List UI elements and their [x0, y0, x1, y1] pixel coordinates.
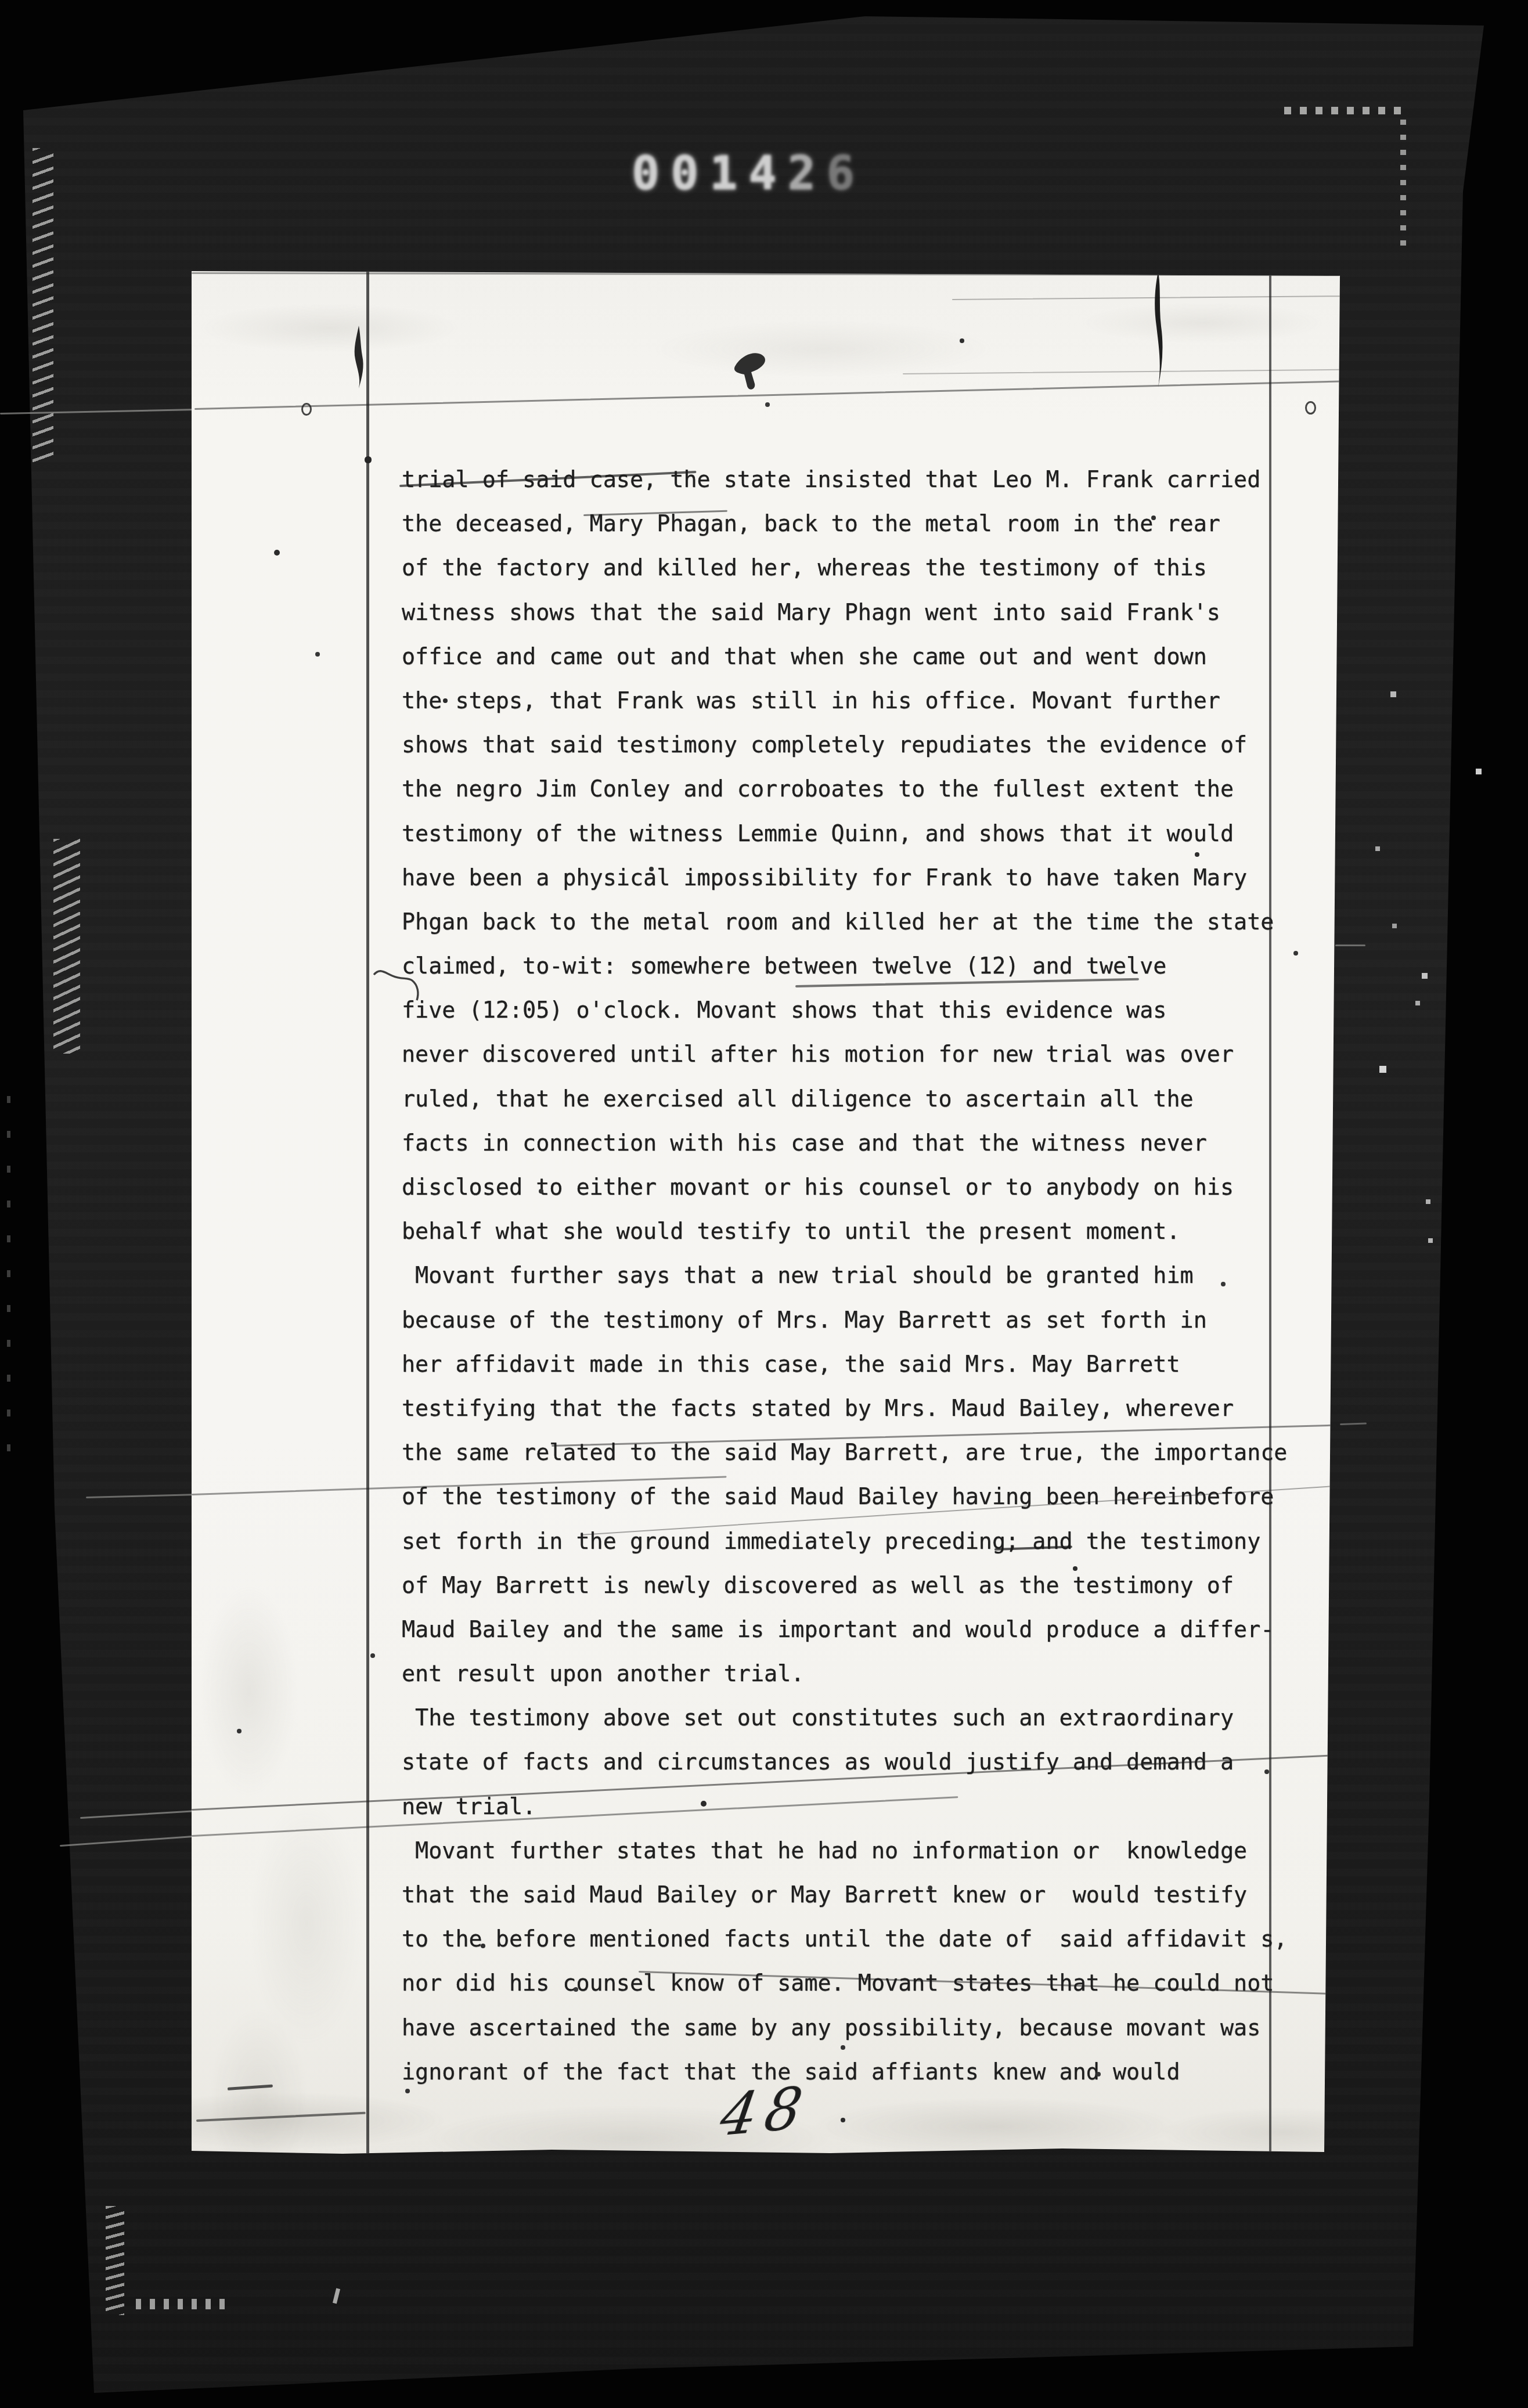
frame-counter-digit: 1 — [709, 146, 748, 200]
typed-line: ruled, that he exercised all diligence t… — [402, 1077, 1287, 1122]
typed-line: the deceased, Mary Phagan, back to the m… — [402, 502, 1287, 546]
typed-line: ignorant of the fact that the said affia… — [402, 2050, 1287, 2095]
microfilm-scan: 001426 trial of said case, the state ins… — [0, 0, 1528, 2408]
film-white-specks — [0, 0, 2, 2]
typed-line: office and came out and that when she ca… — [402, 635, 1287, 679]
left-margin-rule — [366, 269, 369, 2157]
film-edge-scribble — [53, 839, 80, 1054]
typed-line: never discovered until after his motion … — [402, 1033, 1287, 1077]
film-edge-scribble — [7, 1074, 10, 1451]
typed-line: to the before mentioned facts until the … — [402, 1917, 1287, 1962]
typed-line: The testimony above set out constitutes … — [402, 1696, 1287, 1740]
typed-line: set forth in the ground immediately prec… — [402, 1520, 1287, 1564]
film-scratch — [1335, 945, 1365, 946]
typed-line: that the said Maud Bailey or May Barrett… — [402, 1873, 1287, 1917]
ink-circle-left — [301, 403, 312, 416]
typed-line: the steps, that Frank was still in his o… — [402, 679, 1287, 723]
typed-line: her affidavit made in this case, the sai… — [402, 1343, 1287, 1387]
typed-line: Movant further says that a new trial sho… — [402, 1254, 1287, 1298]
typed-text-block: trial of said case, the state insisted t… — [402, 458, 1287, 2095]
typed-line: because of the testimony of Mrs. May Bar… — [402, 1299, 1287, 1343]
margin-dash — [228, 2085, 273, 2090]
frame-counter-digit: 2 — [788, 146, 827, 200]
typed-line: witness shows that the said Mary Phagn w… — [402, 591, 1287, 635]
typed-line: Phgan back to the metal room and killed … — [402, 900, 1287, 945]
film-edge-scribble — [1400, 119, 1406, 246]
typed-line: of the factory and killed her, whereas t… — [402, 546, 1287, 590]
film-edge-scribble — [33, 148, 53, 464]
typed-line: disclosed to either movant or his counse… — [402, 1166, 1287, 1210]
document-page: trial of said case, the state insisted t… — [192, 269, 1340, 2157]
frame-counter-digit: 0 — [632, 146, 671, 200]
typed-line: testifying that the facts stated by Mrs.… — [402, 1387, 1287, 1431]
handwritten-page-number: 48 — [716, 2074, 815, 2149]
typed-line: ent result upon another trial. — [402, 1652, 1287, 1696]
film-edge-scribble — [1284, 107, 1403, 114]
frame-counter-digit: 0 — [671, 146, 709, 200]
pen-stroke-right — [1152, 271, 1165, 387]
frame-counter-stamp: 001426 — [632, 146, 866, 200]
typed-line: claimed, to-wit: somewhere between twelv… — [402, 945, 1287, 989]
typed-line: the negro Jim Conley and corroboates to … — [402, 767, 1287, 812]
pen-stroke-left — [352, 326, 366, 388]
frame-counter-digit: 6 — [827, 146, 866, 200]
frame-counter-digit: 4 — [749, 146, 788, 200]
typed-line: of May Barrett is newly discovered as we… — [402, 1564, 1287, 1608]
typed-line: have ascertained the same by any possibi… — [402, 2006, 1287, 2050]
film-edge-scribble — [136, 2299, 228, 2309]
scratch-line — [903, 369, 1354, 374]
typed-line: testimony of the witness Lemmie Quinn, a… — [402, 812, 1287, 856]
typed-line: Maud Bailey and the same is important an… — [402, 1608, 1287, 1652]
margin-dash — [196, 2112, 366, 2122]
typed-line: shows that said testimony completely rep… — [402, 723, 1287, 767]
page-texture — [192, 1575, 383, 2155]
typed-line: Movant further states that he had no inf… — [402, 1829, 1287, 1873]
ink-circle-right — [1305, 401, 1316, 414]
scratch-line — [952, 295, 1352, 300]
ink-arrow-mark — [731, 349, 778, 398]
film-edge-scribble — [106, 2206, 124, 2315]
typed-line: behalf what she would testify to until t… — [402, 1210, 1287, 1254]
typed-line: new trial. — [402, 1785, 1287, 1829]
typed-line: nor did his counsel know of same. Movant… — [402, 1962, 1287, 2006]
typed-line: five (12:05) o'clock. Movant shows that … — [402, 989, 1287, 1033]
typed-line: have been a physical impossibility for F… — [402, 856, 1287, 900]
pen-squiggle-claimed — [372, 964, 432, 1005]
typed-line: facts in connection with his case and th… — [402, 1122, 1287, 1166]
